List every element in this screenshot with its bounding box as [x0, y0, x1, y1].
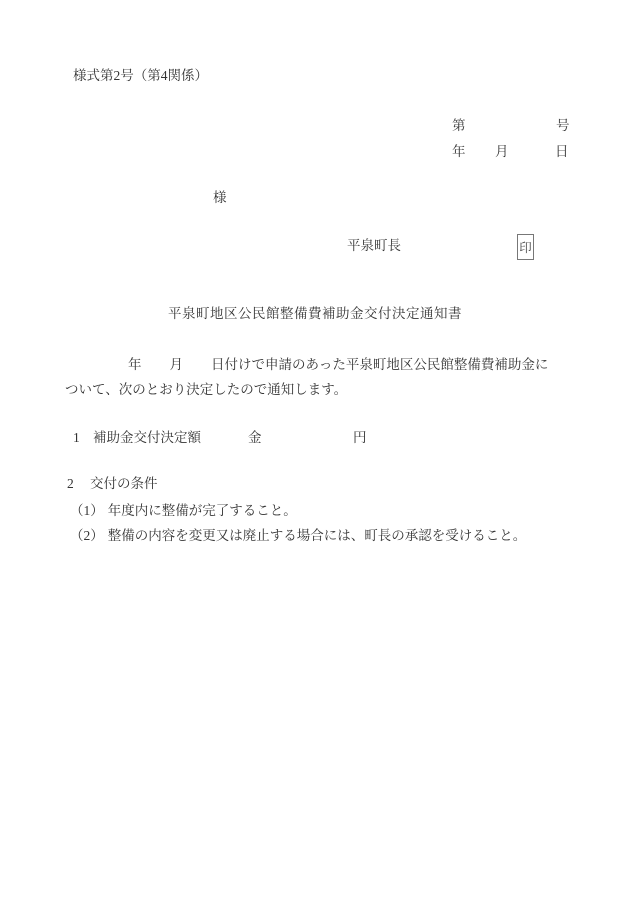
seal-placeholder-box: 印	[517, 234, 534, 260]
condition-item-2: （2）整備の内容を変更又は廃止する場合には、町長の承認を受けること。	[70, 527, 526, 545]
body-year-label: 年	[128, 357, 142, 372]
date-day-label: 日	[555, 143, 569, 161]
amount-unit: 円	[353, 429, 367, 447]
amount-prefix: 金	[248, 429, 262, 447]
item1-number: 1	[73, 429, 80, 447]
doc-number-prefix: 第	[452, 117, 466, 135]
seal-mark: 印	[519, 238, 532, 256]
date-month-label: 月	[495, 143, 509, 161]
sender-title: 平泉町長	[347, 237, 401, 255]
body-line-2: ついて、次のとおり決定したので通知します。	[65, 381, 347, 399]
condition-item-1: （1）年度内に整備が完了すること。	[70, 502, 297, 520]
document-title: 平泉町地区公民館整備費補助金交付決定通知書	[0, 305, 630, 323]
document-page: 様式第2号（第4関係） 第 号 年 月 日 様 平泉町長 印 平泉町地区公民館整…	[0, 0, 630, 915]
condition-2-text: 整備の内容を変更又は廃止する場合には、町長の承認を受けること。	[108, 528, 527, 543]
form-number-label: 様式第2号（第4関係）	[73, 67, 208, 85]
body-line1-text: 付けで申請のあった平泉町地区公民館整備費補助金に	[225, 357, 549, 372]
item1-label: 補助金交付決定額	[93, 429, 201, 447]
date-year-label: 年	[452, 143, 466, 161]
condition-2-marker: （2）	[70, 528, 104, 543]
item2-label: 交付の条件	[90, 475, 158, 493]
body-month-label: 月	[170, 357, 184, 372]
condition-1-text: 年度内に整備が完了すること。	[108, 503, 297, 518]
condition-1-marker: （1）	[70, 503, 104, 518]
item2-number: 2	[67, 475, 74, 493]
doc-number-suffix: 号	[556, 117, 570, 135]
body-line-1: 年月日付けで申請のあった平泉町地区公民館整備費補助金に	[65, 356, 548, 374]
body-day-label: 日	[211, 357, 225, 372]
addressee-honorific: 様	[213, 189, 227, 207]
